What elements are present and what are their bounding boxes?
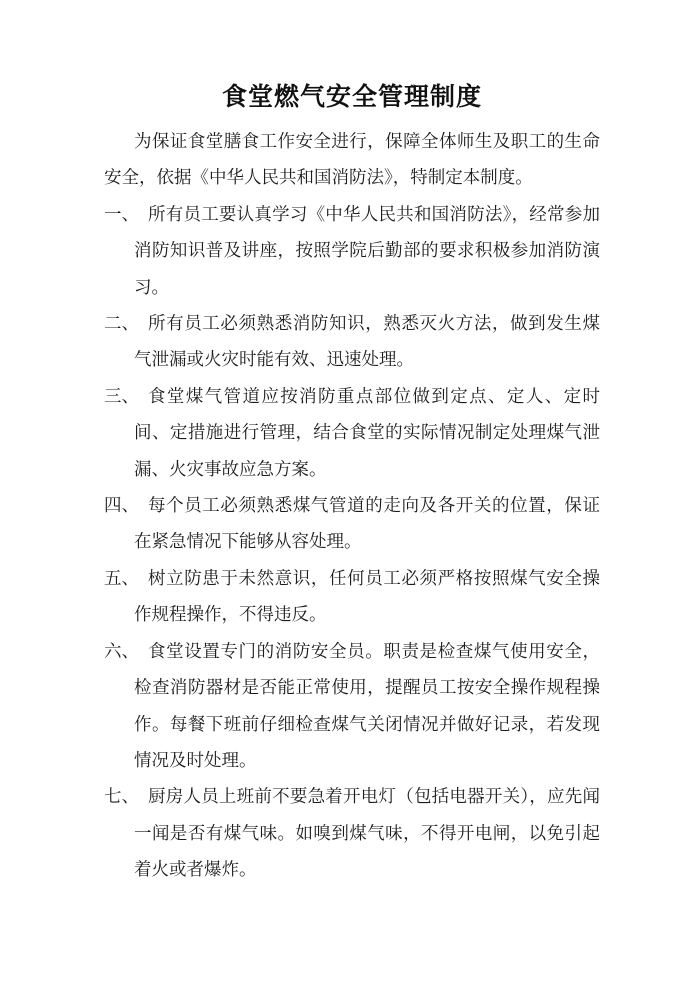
list-item: 一、所有员工要认真学习《中华人民共和国消防法》，经常参加消防知识普及讲座，按照学… <box>104 196 600 305</box>
list-item-text: 食堂煤气管道应按消防重点部位做到定点、定人、定时间、定措施进行管理，结合食堂的实… <box>134 386 600 479</box>
page-title: 食堂燃气安全管理制度 <box>104 78 600 118</box>
list-item-number: 五、 <box>104 560 148 596</box>
list-item-text: 所有员工必须熟悉消防知识，熟悉灭火方法，做到发生煤气泄漏或火灾时能有效、迅速处理… <box>134 313 600 369</box>
list-item: 三、食堂煤气管道应按消防重点部位做到定点、定人、定时间、定措施进行管理，结合食堂… <box>104 378 600 487</box>
list-item-text: 树立防患于未然意识，任何员工必须严格按照煤气安全操作规程操作，不得违反。 <box>134 568 600 624</box>
list-item-text: 每个员工必须熟悉煤气管道的走向及各开关的位置，保证在紧急情况下能够从容处理。 <box>134 495 600 551</box>
list-item-number: 六、 <box>104 633 148 669</box>
list-item: 二、所有员工必须熟悉消防知识，熟悉灭火方法，做到发生煤气泄漏或火灾时能有效、迅速… <box>104 305 600 378</box>
document-page: 食堂燃气安全管理制度 为保证食堂膳食工作安全进行，保障全体师生及职工的生命安全，… <box>0 0 700 990</box>
list-item: 七、厨房人员上班前不要急着开电灯（包括电器开关），应先闻一闻是否有煤气味。如嗅到… <box>104 778 600 887</box>
list-item-number: 四、 <box>104 487 148 523</box>
list-item-number: 一、 <box>104 196 148 232</box>
list-item-number: 三、 <box>104 378 148 414</box>
list-item-number: 二、 <box>104 305 148 341</box>
list-item: 四、每个员工必须熟悉煤气管道的走向及各开关的位置，保证在紧急情况下能够从容处理。 <box>104 487 600 560</box>
list-item: 六、食堂设置专门的消防安全员。职责是检查煤气使用安全，检查消防器材是否能正常使用… <box>104 633 600 779</box>
list-item-text: 厨房人员上班前不要急着开电灯（包括电器开关），应先闻一闻是否有煤气味。如嗅到煤气… <box>134 786 600 879</box>
list-item-number: 七、 <box>104 778 148 814</box>
intro-paragraph: 为保证食堂膳食工作安全进行，保障全体师生及职工的生命安全，依据《中华人民共和国消… <box>104 123 600 196</box>
list-item: 五、树立防患于未然意识，任何员工必须严格按照煤气安全操作规程操作，不得违反。 <box>104 560 600 633</box>
list-item-text: 所有员工要认真学习《中华人民共和国消防法》，经常参加消防知识普及讲座，按照学院后… <box>134 204 600 297</box>
list-item-text: 食堂设置专门的消防安全员。职责是检查煤气使用安全，检查消防器材是否能正常使用，提… <box>134 641 600 770</box>
